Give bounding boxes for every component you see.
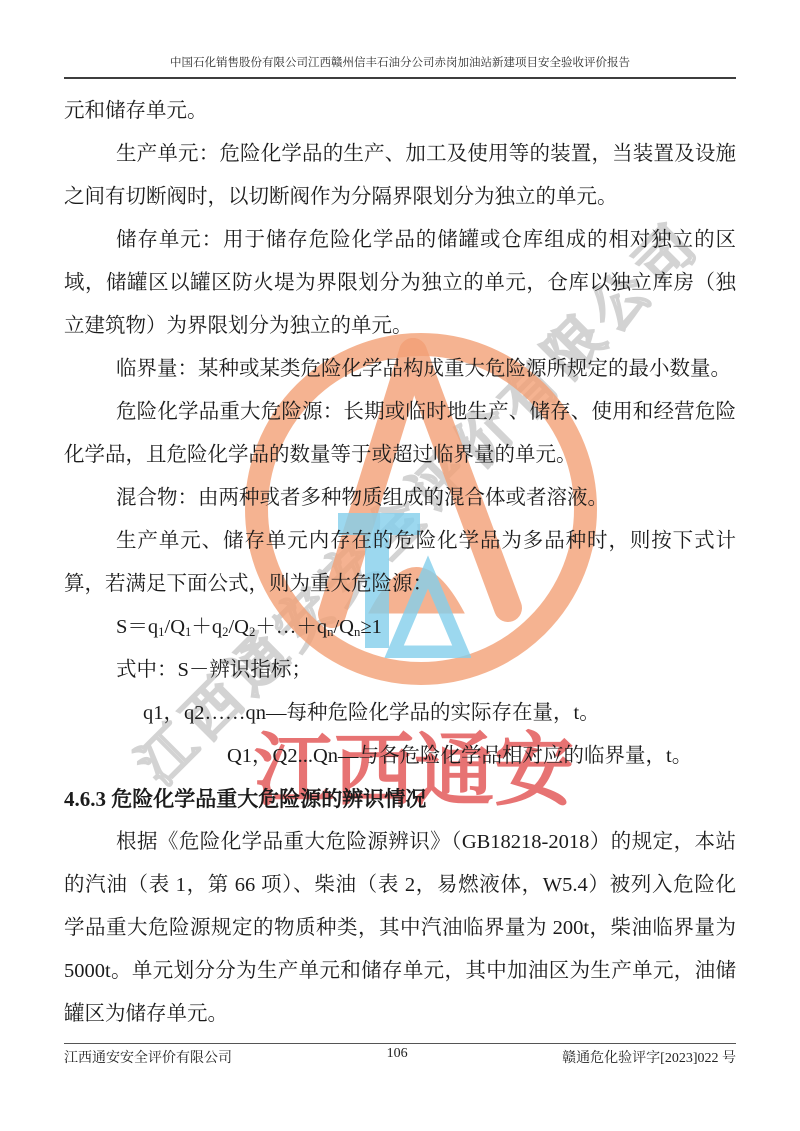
text-line: 生产单元：危险化学品的生产、加工及使用等的装置，当装置及设施 <box>64 133 736 176</box>
text-line: 立建筑物）为界限划分为独立的单元。 <box>64 305 736 348</box>
formula-line: S＝q1/Q1＋q2/Q2＋…＋qn/Qn≥1 <box>64 606 736 649</box>
footer-company: 江西通安安全评价有限公司 <box>64 1047 232 1067</box>
document-page: 江西通安安全评价有限公司 江西通安 <box>0 0 800 1131</box>
text-line: 学品重大危险源规定的物质种类，其中汽油临界量为 200t，柴油临界量为 <box>64 907 736 950</box>
text-line: 混合物：由两种或者多种物质组成的混合体或者溶液。 <box>64 477 736 520</box>
text-line: 危险化学品重大危险源：长期或临时地生产、储存、使用和经营危险 <box>64 391 736 434</box>
text-line: 之间有切断阀时，以切断阀作为分隔界限划分为独立的单元。 <box>64 176 736 219</box>
text-line: 域，储罐区以罐区防火堤为界限划分为独立的单元，仓库以独立库房（独 <box>64 262 736 305</box>
text-line: 临界量：某种或某类危险化学品构成重大危险源所规定的最小数量。 <box>64 348 736 391</box>
text-line: 5000t。单元划分分为生产单元和储存单元，其中加油区为生产单元，油储 <box>64 950 736 993</box>
section-heading: 4.6.3 危险化学品重大危险源的辨识情况 <box>64 778 736 821</box>
header-title: 中国石化销售股份有限公司江西赣州信丰石油分公司赤岗加油站新建项目安全验收评价报告 <box>170 54 630 70</box>
text-line: 化学品，且危险化学品的数量等于或超过临界量的单元。 <box>64 434 736 477</box>
footer-doc-number: 赣通危化验评字[2023]022 号 <box>562 1047 736 1067</box>
text-line: 储存单元：用于储存危险化学品的储罐或仓库组成的相对独立的区 <box>64 219 736 262</box>
text-line: 元和储存单元。 <box>64 90 736 133</box>
body-text: 元和储存单元。生产单元：危险化学品的生产、加工及使用等的装置，当装置及设施之间有… <box>64 90 736 1036</box>
text-line: 根据《危险化学品重大危险源辨识》（GB18218-2018）的规定，本站 <box>64 821 736 864</box>
text-line: 式中：S－辨识指标； <box>64 649 736 692</box>
text-line: 的汽油（表 1，第 66 项）、柴油（表 2，易燃液体，W5.4）被列入危险化 <box>64 864 736 907</box>
page-footer: 江西通安安全评价有限公司 106 赣通危化验评字[2023]022 号 <box>64 1043 736 1067</box>
page-header: 中国石化销售股份有限公司江西赣州信丰石油分公司赤岗加油站新建项目安全验收评价报告 <box>64 0 736 79</box>
text-line: Q1，Q2...Qn—与各危险化学品相对应的临界量，t。 <box>64 735 736 778</box>
text-line: q1，q2……qn—每种危险化学品的实际存在量，t。 <box>64 692 736 735</box>
text-line: 罐区为储存单元。 <box>64 993 736 1036</box>
text-line: 算，若满足下面公式，则为重大危险源： <box>64 563 736 606</box>
text-line: 生产单元、储存单元内存在的危险化学品为多品种时，则按下式计 <box>64 520 736 563</box>
page-content: 中国石化销售股份有限公司江西赣州信丰石油分公司赤岗加油站新建项目安全验收评价报告… <box>0 0 800 1131</box>
footer-page-number: 106 <box>387 1046 408 1062</box>
